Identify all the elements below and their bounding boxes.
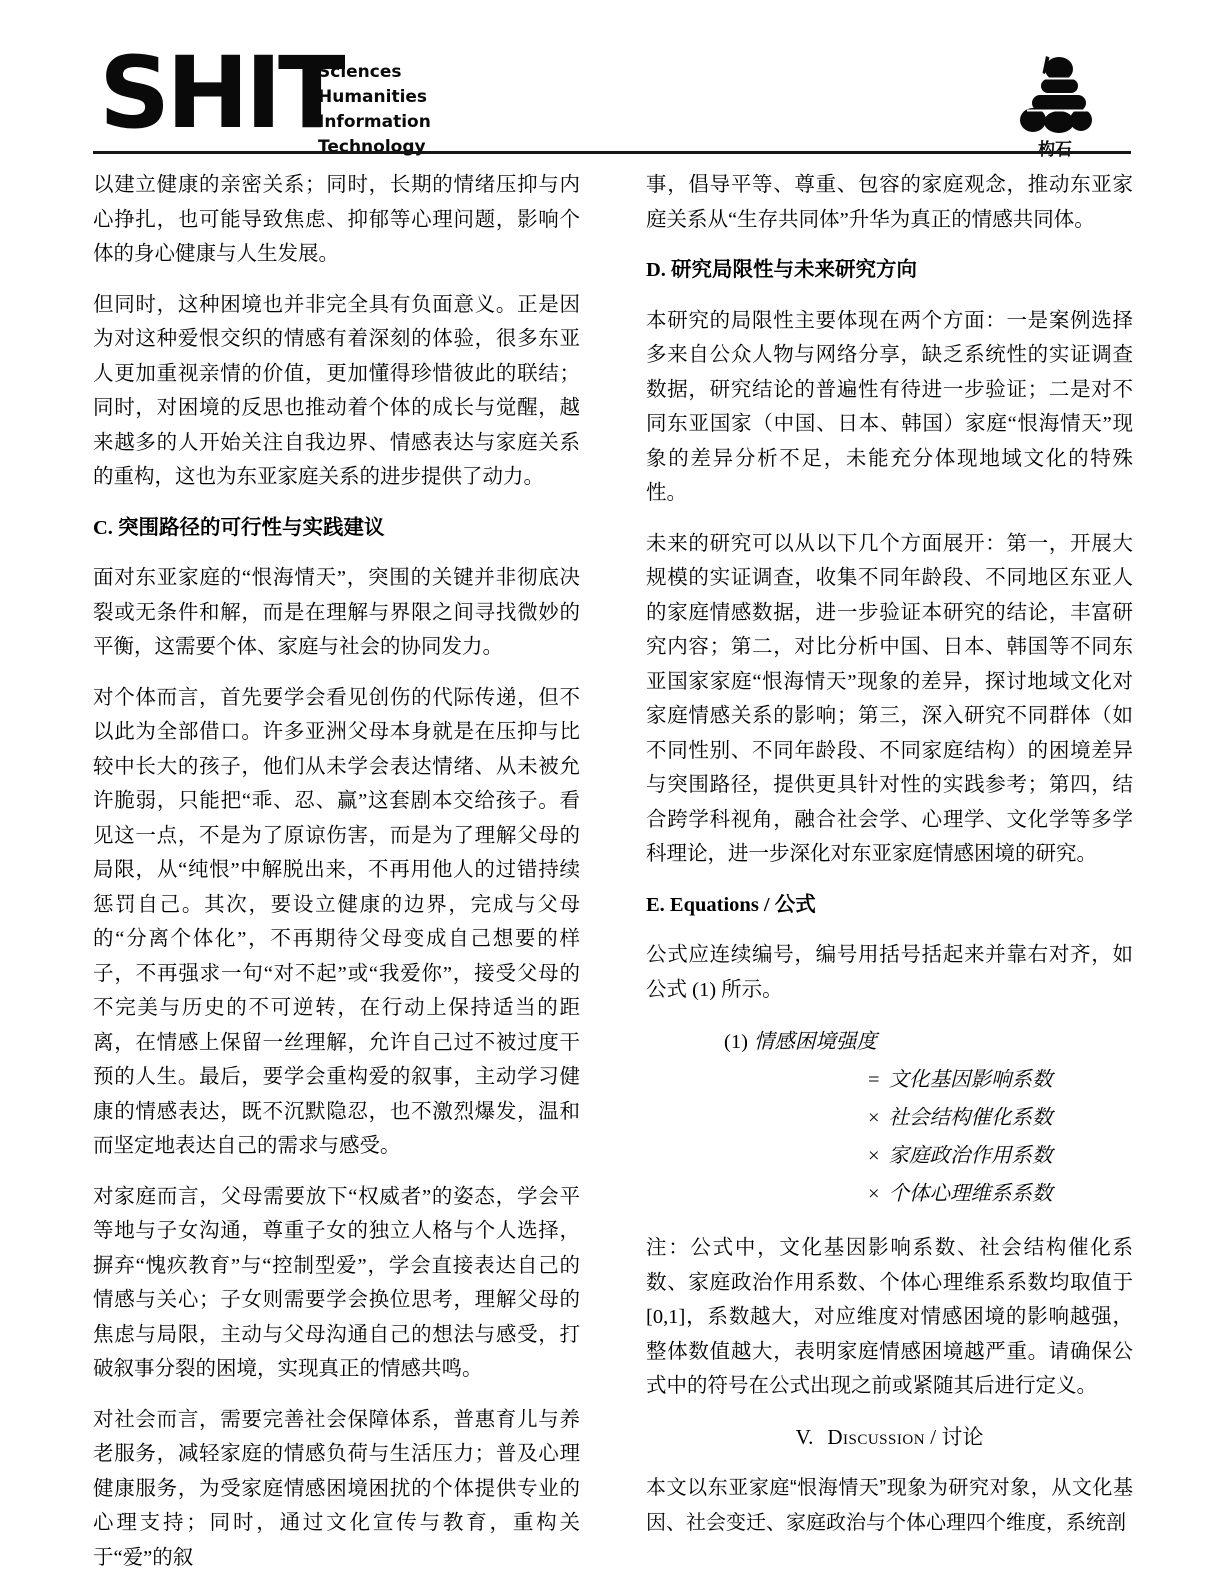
stone-stack-icon: [1015, 52, 1095, 134]
section-heading-d: D. 研究局限性与未来研究方向: [646, 253, 1133, 288]
left-column: 以建立健康的亲密关系；同时，长期的情绪压抑与内心挣扎，也可能导致焦虑、抑郁等心理…: [93, 168, 580, 1584]
equation-operator: ×: [868, 1183, 880, 1205]
tagline-line: Information: [318, 110, 431, 135]
paragraph: 未来的研究可以从以下几个方面展开：第一，开展大规模的实证调查，收集不同年龄段、不…: [646, 527, 1133, 872]
equation-line: ×个体心理维系系数: [646, 1175, 1133, 1213]
equation-line: (1)情感困境强度: [646, 1023, 1133, 1061]
equation-line: =文化基因影响系数: [646, 1061, 1133, 1099]
paragraph: 面对东亚家庭的“恨海情天”，突围的关键并非彻底决裂或无条件和解，而是在理解与界限…: [93, 561, 580, 665]
section-suffix: / 讨论: [925, 1425, 983, 1449]
journal-logo: SHIT: [99, 48, 342, 140]
paragraph: 公式应连续编号，编号用括号括起来并靠右对齐，如公式 (1) 所示。: [646, 938, 1133, 1007]
section-word: Discussion: [827, 1425, 925, 1449]
equation-operator: ×: [868, 1145, 880, 1167]
equation-block: (1)情感困境强度 =文化基因影响系数 ×社会结构催化系数 ×家庭政治作用系数 …: [646, 1023, 1133, 1213]
paragraph: 本研究的局限性主要体现在两个方面：一是案例选择多来自公众人物与网络分享，缺乏系统…: [646, 304, 1133, 511]
paragraph: 注：公式中，文化基因影响系数、社会结构催化系数、家庭政治作用系数、个体心理维系系…: [646, 1231, 1133, 1404]
paragraph: 以建立健康的亲密关系；同时，长期的情绪压抑与内心挣扎，也可能导致焦虑、抑郁等心理…: [93, 168, 580, 272]
right-column: 事，倡导平等、尊重、包容的家庭观念，推动东亚家庭关系从“生存共同体”升华为真正的…: [646, 168, 1133, 1556]
tagline-line: Humanities: [318, 85, 431, 110]
equation-term: 文化基因影响系数: [889, 1069, 1053, 1091]
paragraph: 但同时，这种困境也并非完全具有负面意义。正是因为对这种爱恨交织的情感有着深刻的体…: [93, 288, 580, 495]
paragraph: 事，倡导平等、尊重、包容的家庭观念，推动东亚家庭关系从“生存共同体”升华为真正的…: [646, 168, 1133, 237]
equation-lhs: 情感困境强度: [754, 1031, 877, 1053]
publisher-logo: 构石: [1012, 52, 1098, 160]
section-numeral: V.: [796, 1425, 814, 1449]
equation-line: ×社会结构催化系数: [646, 1099, 1133, 1137]
section-heading-discussion: V.Discussion / 讨论: [646, 1420, 1133, 1455]
equation-term: 个体心理维系系数: [889, 1183, 1053, 1205]
paragraph: 本文以东亚家庭“恨海情天”现象为研究对象，从文化基因、社会变迁、家庭政治与个体心…: [646, 1471, 1133, 1540]
equation-line: ×家庭政治作用系数: [646, 1137, 1133, 1175]
equation-number: (1): [724, 1031, 748, 1053]
journal-tagline: Sciences Humanities Information Technolo…: [318, 60, 431, 160]
section-heading-e: E. Equations / 公式: [646, 888, 1133, 923]
equation-term: 社会结构催化系数: [889, 1107, 1053, 1129]
header-divider: [93, 151, 1131, 154]
paragraph: 对社会而言，需要完善社会保障体系，普惠育儿与养老服务，减轻家庭的情感负荷与生活压…: [93, 1403, 580, 1576]
equation-operator: =: [868, 1069, 880, 1091]
paragraph: 对个体而言，首先要学会看见创伤的代际传递，但不以此为全部借口。许多亚洲父母本身就…: [93, 681, 580, 1164]
equation-term: 家庭政治作用系数: [889, 1145, 1053, 1167]
tagline-line: Sciences: [318, 60, 431, 85]
equation-operator: ×: [868, 1107, 880, 1129]
paper-page: SHIT Sciences Humanities Information Tec…: [0, 0, 1224, 1584]
tagline-line: Technology: [318, 135, 431, 160]
paragraph: 对家庭而言，父母需要放下“权威者”的姿态，学会平等地与子女沟通，尊重子女的独立人…: [93, 1180, 580, 1387]
section-heading-c: C. 突围路径的可行性与实践建议: [93, 511, 580, 546]
publisher-caption: 构石: [1012, 135, 1098, 160]
